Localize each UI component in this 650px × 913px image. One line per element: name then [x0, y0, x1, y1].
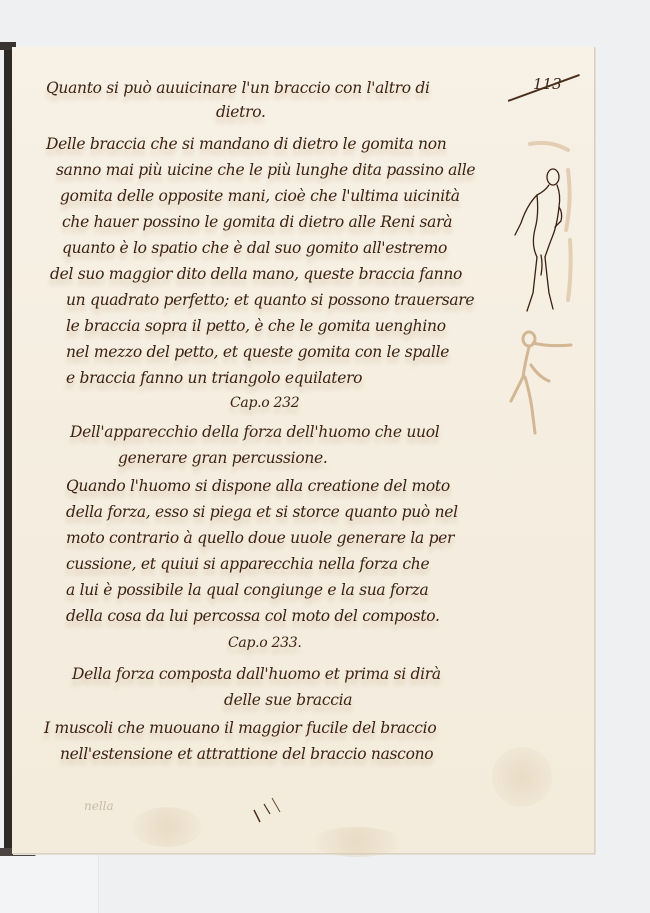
text-line: Delle braccia che si mandano di dietro l…	[46, 135, 446, 153]
foxing-stain	[492, 747, 552, 807]
chapter-number: Cap.o 232	[230, 395, 299, 411]
section-title-continued: delle sue braccia	[224, 691, 352, 709]
text-line: un quadrato perfetto; et quanto si posso…	[66, 291, 474, 309]
text-line: della forza, esso si piega et si storce …	[66, 503, 458, 521]
text-line: nell'estensione et attrattione del bracc…	[60, 745, 433, 763]
text-line: quanto è lo spatio che è dal suo gomito …	[62, 239, 447, 257]
section-title: Della forza composta dall'huomo et prima…	[72, 665, 441, 683]
backing-card	[0, 855, 99, 913]
section-title: Dell'apparecchio della forza dell'huomo …	[70, 423, 439, 441]
text-line: le braccia sopra il petto, è che le gomi…	[66, 317, 446, 335]
text-line: a lui è possibile la qual congiunge e la…	[66, 581, 428, 599]
text-line: moto contrario à quello doue uuole gener…	[66, 529, 454, 547]
foxing-stain	[132, 807, 202, 847]
text-line: sanno mai più uicine che le più lunghe d…	[56, 161, 475, 179]
faded-figure-sketch	[505, 325, 585, 440]
text-line: nel mezzo del petto, et queste gomita co…	[66, 343, 449, 361]
bleed-through-figure	[510, 140, 580, 310]
book-binding-edge	[4, 42, 12, 854]
text-line: Quando l'huomo si dispone alla creatione…	[66, 477, 450, 495]
text-line: gomita delle opposite mani, cioè che l'u…	[60, 187, 460, 205]
section-title: Quanto si può auuicinare l'un braccio co…	[46, 79, 430, 97]
text-line: della cosa da lui percossa col moto del …	[66, 607, 440, 625]
text-line: del suo maggior dito della mano, queste …	[50, 265, 462, 283]
text-line: cussione, et quiui si apparecchia nella …	[66, 555, 429, 573]
text-line: che hauer possino le gomita di dietro al…	[62, 213, 452, 231]
stray-pencil-note: nella	[84, 799, 114, 813]
text-line: e braccia fanno un triangolo equilatero	[66, 369, 362, 387]
section-title-continued: dietro.	[216, 103, 266, 121]
ink-scratches	[242, 792, 302, 827]
chapter-number: Cap.o 233.	[228, 635, 302, 651]
text-line: I muscoli che muouano il maggior fucile …	[44, 719, 436, 737]
section-title-continued: generare gran percussione.	[118, 449, 328, 467]
foxing-stain	[312, 827, 402, 857]
